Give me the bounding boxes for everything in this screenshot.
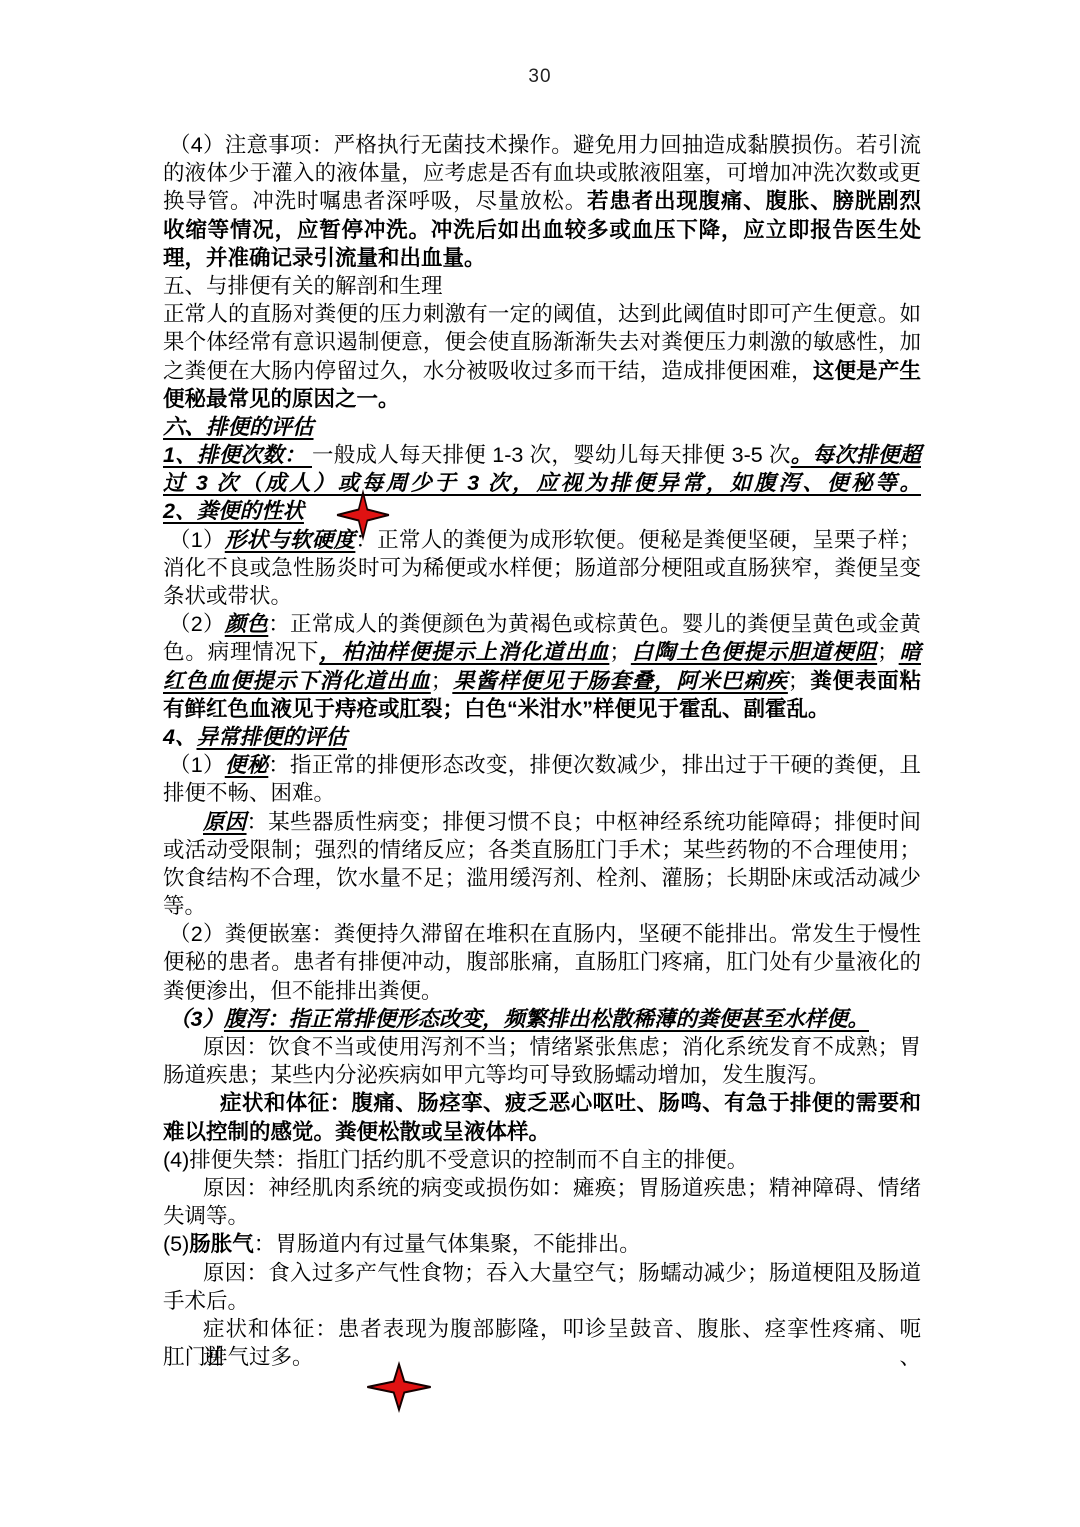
text-line: 症状和体征：患者表现为腹部膨隆，叩诊呈鼓音、腹胀、痉挛性疼痛、呃逆、 [163, 1315, 921, 1343]
text-segment: 暗 [899, 640, 921, 664]
text-segment: （2） [169, 612, 225, 636]
text-segment: 消化不良或急性肠炎时可为稀便或水样便；肠道部分梗阻或直肠狭窄，粪便呈变 [163, 556, 921, 580]
text-segment: 手术后。 [163, 1289, 249, 1313]
text-line: (5)肠胀气：胃肠道内有过量气体集聚，不能排出。 [163, 1230, 921, 1258]
text-segment: 2、粪便的性状 [163, 499, 304, 523]
text-segment: 肛门排气过多。 [163, 1345, 314, 1369]
text-line: 之粪便在大肠内停留过久，水分被吸收过多而干结，造成排便困难，这便是产生 [163, 357, 921, 385]
text-segment: 异常排便的评估 [196, 725, 347, 749]
text-line: 换导管。冲洗时嘱患者深呼吸，尽量放松。若患者出现腹痛、腹胀、膀胱剧烈 [163, 187, 921, 215]
text-segment: ：某些器质性病变；排便习惯不良；中枢神经系统功能障碍；排便时间 [247, 810, 921, 834]
text-segment: 肠道疾患；某些内分泌疾病如甲亢等均可导致肠蠕动增加，发生腹泻。 [163, 1063, 830, 1087]
text-segment: 这便是产生 [813, 359, 921, 383]
text-segment: 收缩等情况，应暂停冲洗。冲洗后如出血较多或血压下降，应立即报告医生处 [163, 218, 921, 242]
text-segment: 原因：饮食不当或使用泻剂不当；情绪紧张焦虑；消化系统发育不成熟；胃 [203, 1035, 921, 1059]
text-line: 饮食结构不合理，饮水量不足；滥用缓泻剂、栓剂、灌肠；长期卧床或活动减少 [163, 864, 921, 892]
text-segment: 腹泻：指正常排便形态改变，频繁排出松散稀薄的粪便甚至水样便。 [224, 1007, 869, 1031]
text-line: 1、排便次数： 一般成人每天排便 1-3 次，婴幼儿每天排便 3-5 次。每次排… [163, 441, 921, 469]
text-segment: 理，并准确记录引流量和出血量。 [163, 246, 486, 270]
text-segment: 便秘的患者。患者有排便冲动，腹部胀痛，直肠肛门疼痛，肛门处有少量液化的 [163, 950, 921, 974]
text-segment: ； [431, 669, 453, 693]
text-line: 便秘最常见的原因之一。 [163, 385, 921, 413]
text-segment: （1） [169, 753, 225, 777]
text-segment: 过 3 次（成人）或每周少于 3 次，应视为排便异常，如腹泻、便秘等。 [163, 471, 921, 495]
text-segment: 。每次排便超 [791, 443, 921, 467]
text-segment: ，柏油样便提示上消化道出血 [319, 640, 609, 664]
text-segment: ； [788, 669, 810, 693]
text-line: （1）形状与软硬度：正常人的粪便为成形软便。便秘是粪便坚硬，呈栗子样； [163, 526, 921, 554]
text-segment: 失调等。 [163, 1204, 249, 1228]
text-segment: ：正常人的粪便为成形软便。便秘是粪便坚硬，呈栗子样； [355, 528, 921, 552]
text-segment: 五、与排便有关的解剖和生理 [163, 274, 443, 298]
text-line: 原因：饮食不当或使用泻剂不当；情绪紧张焦虑；消化系统发育不成熟；胃 [163, 1033, 921, 1061]
text-line: （2）粪便嵌塞：粪便持久滞留在堆积在直肠内，坚硬不能排出。常发生于慢性 [163, 920, 921, 948]
text-segment: 1、排便次数： [163, 443, 312, 467]
text-line: 2、粪便的性状 [163, 497, 921, 525]
four-pointed-star-icon [366, 1363, 432, 1411]
text-line: 条状或带状。 [163, 582, 921, 610]
text-line: 红色血便提示下消化道出血；果酱样便见于肠套叠，阿米巴痢疾；粪便表面粘 [163, 667, 921, 695]
text-segment: ； [877, 640, 899, 664]
text-line: 过 3 次（成人）或每周少于 3 次，应视为排便异常，如腹泻、便秘等。 [163, 469, 921, 497]
text-line: 五、与排便有关的解剖和生理 [163, 272, 921, 300]
text-segment: (4)排便失禁：指肛门括约肌不受意识的控制而不自主的排便。 [163, 1148, 748, 1172]
text-segment: 便秘最常见的原因之一。 [163, 387, 400, 411]
text-segment: ：指正常的排便形态改变，排便次数减少，排出过于干硬的粪便，且 [268, 753, 921, 777]
text-line: 等。 [163, 892, 921, 920]
text-segment: 一般成人每天排便 1-3 次，婴幼儿每天排便 3-5 次 [312, 443, 791, 467]
text-line: 有鲜红色血液见于痔疮或肛裂；白色“米泔水”样便见于霍乱、副霍乱。 [163, 695, 921, 723]
text-segment: 等。 [163, 894, 206, 918]
text-line: （1）便秘：指正常的排便形态改变，排便次数减少，排出过于干硬的粪便，且 [163, 751, 921, 779]
text-segment: 之粪便在大肠内停留过久，水分被吸收过多而干结，造成排便困难， [163, 359, 813, 383]
text-segment: 果个体经常有意识遏制便意，便会使直肠渐渐失去对粪便压力刺激的敏感性，加 [163, 330, 921, 354]
text-line: 难以控制的感觉。粪便松散或呈液体样。 [163, 1118, 921, 1146]
text-segment: （4）注意事项：严格执行无菌技术操作。避免用力回抽造成黏膜损伤。若引流 [169, 133, 921, 157]
text-line: 正常人的直肠对粪便的压力刺激有一定的阈值，达到此阈值时即可产生便意。如 [163, 300, 921, 328]
text-segment: 色。病理情况下 [163, 640, 319, 664]
text-segment: 若患者出现腹痛、腹胀、膀胱剧烈 [587, 189, 921, 213]
text-segment: 粪便渗出，但不能排出粪便。 [163, 979, 443, 1003]
text-segment: （2）粪便嵌塞：粪便持久滞留在堆积在直肠内，坚硬不能排出。常发生于慢性 [169, 922, 921, 946]
text-segment: 肠胀气 [189, 1232, 254, 1256]
text-segment: 换导管。冲洗时嘱患者深呼吸，尽量放松。 [163, 189, 587, 213]
page-number: 30 [0, 66, 1080, 88]
text-segment: 症状和体征：腹痛、肠痉挛、疲乏恶心呕吐、肠鸣、有急于排便的需要和 [220, 1091, 921, 1115]
text-line: (4)排便失禁：指肛门括约肌不受意识的控制而不自主的排便。 [163, 1146, 921, 1174]
text-segment: ：正常成人的粪便颜色为黄褐色或棕黄色。婴儿的粪便呈黄色或金黄 [268, 612, 921, 636]
text-segment: 排便不畅、困难。 [163, 781, 335, 805]
text-line: 果个体经常有意识遏制便意，便会使直肠渐渐失去对粪便压力刺激的敏感性，加 [163, 328, 921, 356]
text-line: 失调等。 [163, 1202, 921, 1230]
text-segment: 六、排便的评估 [163, 415, 314, 439]
text-line: 4、异常排便的评估 [163, 723, 921, 751]
text-line: 原因：食入过多产气性食物；吞入大量空气；肠蠕动减少；肠道梗阻及肠道 [163, 1259, 921, 1287]
text-line: 六、排便的评估 [163, 413, 921, 441]
text-line: 理，并准确记录引流量和出血量。 [163, 244, 921, 272]
text-line: 原因：某些器质性病变；排便习惯不良；中枢神经系统功能障碍；排便时间 [163, 808, 921, 836]
text-line: （4）注意事项：严格执行无菌技术操作。避免用力回抽造成黏膜损伤。若引流 [163, 131, 921, 159]
four-pointed-star-icon [336, 491, 390, 539]
text-segment: 有鲜红色血液见于痔疮或肛裂；白色“米泔水”样便见于霍乱、副霍乱。 [163, 697, 830, 721]
text-segment: 难以控制的感觉。粪便松散或呈液体样。 [163, 1120, 550, 1144]
text-line: 肠道疾患；某些内分泌疾病如甲亢等均可导致肠蠕动增加，发生腹泻。 [163, 1061, 921, 1089]
text-segment: 4、 [163, 725, 196, 749]
text-line: （3）腹泻：指正常排便形态改变，频繁排出松散稀薄的粪便甚至水样便。 [163, 1005, 921, 1033]
text-segment: ； [609, 640, 631, 664]
text-segment: （1） [169, 528, 225, 552]
text-segment: 原因：食入过多产气性食物；吞入大量空气；肠蠕动减少；肠道梗阻及肠道 [203, 1261, 921, 1285]
text-segment: 粪便表面粘 [809, 669, 921, 693]
text-segment: 正常人的直肠对粪便的压力刺激有一定的阈值，达到此阈值时即可产生便意。如 [163, 302, 921, 326]
text-line: 便秘的患者。患者有排便冲动，腹部胀痛，直肠肛门疼痛，肛门处有少量液化的 [163, 948, 921, 976]
document-lines: （4）注意事项：严格执行无菌技术操作。避免用力回抽造成黏膜损伤。若引流的液体少于… [163, 131, 921, 1371]
text-segment: ：胃肠道内有过量气体集聚，不能排出。 [254, 1232, 641, 1256]
text-segment: 饮食结构不合理，饮水量不足；滥用缓泻剂、栓剂、灌肠；长期卧床或活动减少 [163, 866, 921, 890]
text-line: 手术后。 [163, 1287, 921, 1315]
text-segment: 白陶土色便提示胆道梗阻 [631, 640, 877, 664]
text-line: 色。病理情况下，柏油样便提示上消化道出血；白陶土色便提示胆道梗阻；暗 [163, 638, 921, 666]
text-line: （2）颜色：正常成人的粪便颜色为黄褐色或棕黄色。婴儿的粪便呈黄色或金黄 [163, 610, 921, 638]
document-page: 30 （4）注意事项：严格执行无菌技术操作。避免用力回抽造成黏膜损伤。若引流的液… [0, 0, 1080, 1527]
text-segment: 红色血便提示下消化道出血 [163, 669, 431, 693]
text-segment: 颜色 [225, 612, 269, 636]
text-segment: 原因：神经肌肉系统的病变或损伤如：瘫痪；胃肠道疾患；精神障碍、情绪 [203, 1176, 921, 1200]
text-segment: 便秘 [225, 753, 269, 777]
text-segment: 原因 [203, 810, 247, 834]
text-segment: 的液体少于灌入的液体量，应考虑是否有血块或脓液阻塞，可增加冲洗次数或更 [163, 161, 921, 185]
text-line: 原因：神经肌肉系统的病变或损伤如：瘫痪；胃肠道疾患；精神障碍、情绪 [163, 1174, 921, 1202]
text-segment: (5) [163, 1232, 189, 1256]
text-segment: （3） [169, 1007, 224, 1031]
text-line: 的液体少于灌入的液体量，应考虑是否有血块或脓液阻塞，可增加冲洗次数或更 [163, 159, 921, 187]
text-segment: 果酱样便见于肠套叠，阿米巴痢疾 [452, 669, 788, 693]
text-line: 收缩等情况，应暂停冲洗。冲洗后如出血较多或血压下降，应立即报告医生处 [163, 216, 921, 244]
text-line: 排便不畅、困难。 [163, 779, 921, 807]
text-line: 或活动受限制；强烈的情绪反应；各类直肠肛门手术；某些药物的不合理使用； [163, 836, 921, 864]
text-line: 症状和体征：腹痛、肠痉挛、疲乏恶心呕吐、肠鸣、有急于排便的需要和 [163, 1089, 921, 1117]
text-segment: 条状或带状。 [163, 584, 292, 608]
text-line: 消化不良或急性肠炎时可为稀便或水样便；肠道部分梗阻或直肠狭窄，粪便呈变 [163, 554, 921, 582]
text-segment: 或活动受限制；强烈的情绪反应；各类直肠肛门手术；某些药物的不合理使用； [163, 838, 921, 862]
text-line: 粪便渗出，但不能排出粪便。 [163, 977, 921, 1005]
